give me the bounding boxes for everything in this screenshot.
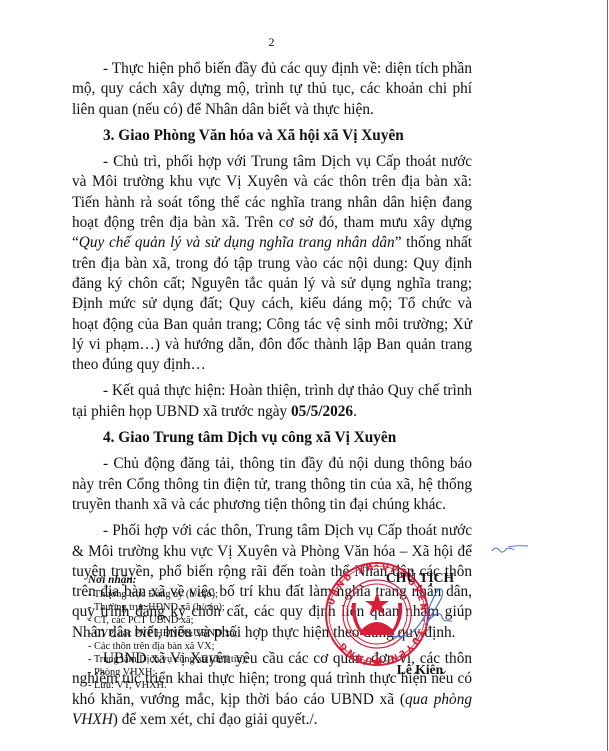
section-heading: 3. Giao Phòng Văn hóa và Xã hội xã Vị Xu… [72, 126, 472, 146]
paragraph: - Chủ trì, phối hợp với Trung tâm Dịch v… [72, 152, 472, 375]
recipients-block: Nơi nhận: - Thường trực Đảng ủy (b/cáo);… [88, 574, 248, 692]
recipient-item: - Thường trực Đảng ủy (b/cáo); [88, 588, 248, 601]
recipient-item: - Lưu: VT, VHXH. [88, 679, 248, 692]
recipient-item: - Các thôn trên địa bàn xã VX; [88, 640, 248, 653]
paragraph: - Kết quả thực hiện: Hoàn thiện, trình d… [72, 381, 472, 422]
emphasis-text: Quy chế quản lý và sử dụng nghĩa trang n… [79, 234, 395, 251]
recipient-item: - CVP, các PVP HĐND&UBND xã; [88, 627, 248, 640]
paragraph: - Thực hiện phổ biến đầy đủ các quy định… [72, 59, 472, 120]
initial-mark-icon [490, 543, 530, 555]
page-edge [607, 0, 608, 751]
recipients-list: - Thường trực Đảng ủy (b/cáo);- Thường t… [88, 588, 248, 692]
emphasis-text: qua phòng VHXH [72, 691, 472, 728]
recipients-title: Nơi nhận: [88, 574, 248, 587]
signer-name: Lê Kiên [360, 662, 480, 678]
recipient-item: - CT, các PCT UBND xã; [88, 614, 248, 627]
deadline-date: 05/5/2026 [291, 403, 353, 420]
signer-title: CHỦ TỊCH [360, 570, 480, 586]
recipient-item: - Trung tâm Dịch vụ công xã (đưa tin); [88, 653, 248, 666]
recipient-item: - Thường trực HĐND xã (b/cáo); [88, 601, 248, 614]
section-heading: 4. Giao Trung tâm Dịch vụ công xã Vị Xuy… [72, 428, 472, 448]
paragraph: - Chủ động đăng tải, thông tin đầy đủ nộ… [72, 454, 472, 515]
signature-icon [390, 585, 465, 645]
recipient-item: - Phòng VHXH; [88, 666, 248, 679]
page-number: 2 [0, 35, 543, 50]
